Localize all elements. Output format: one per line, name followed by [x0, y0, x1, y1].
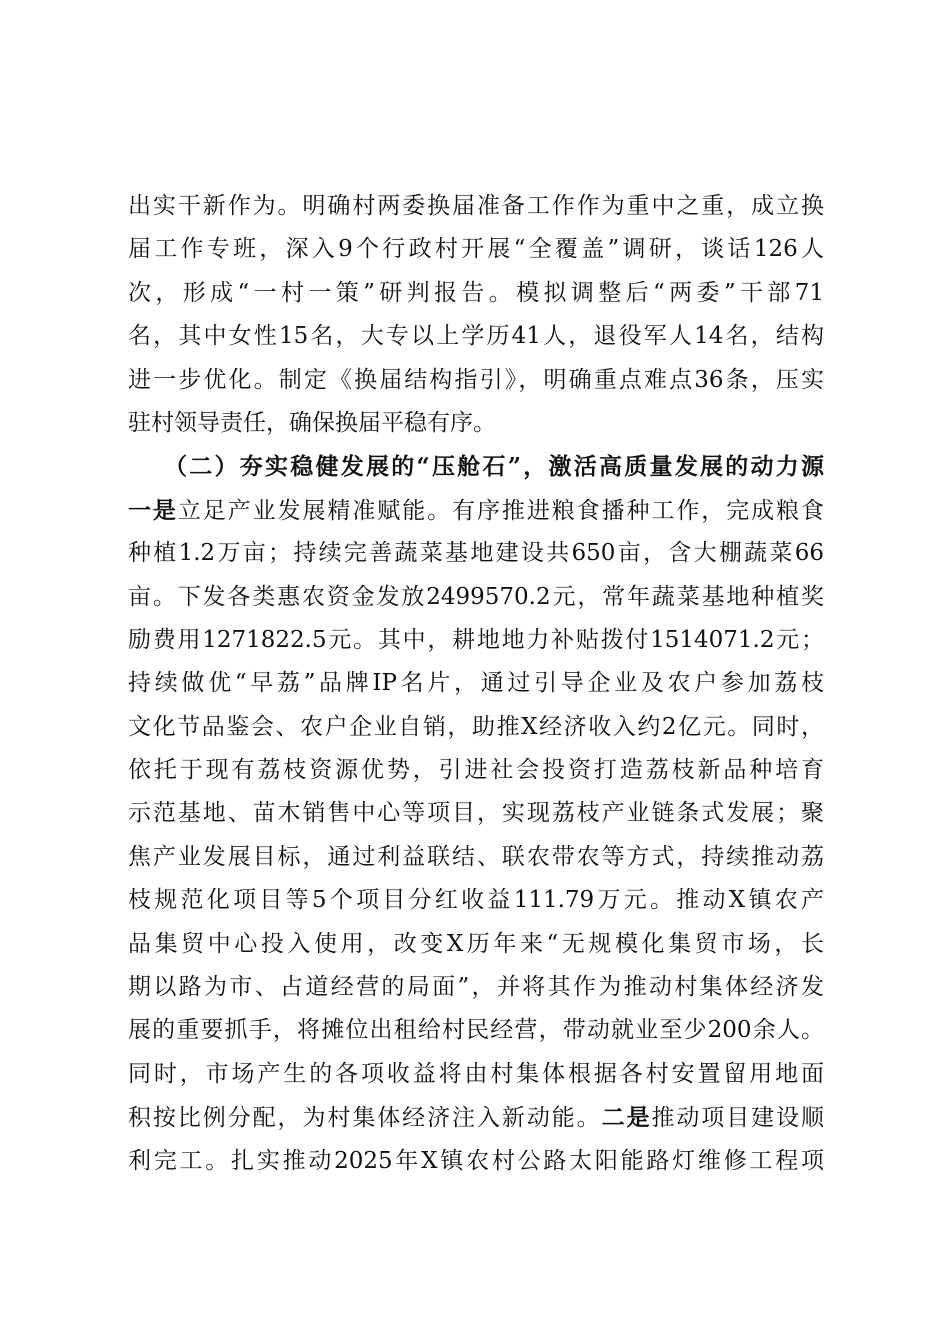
text: 进一步优化。制定《换届结构指引》，明确重点难点36条，压实	[128, 367, 824, 393]
paragraph-line: 励费用1271822.5元。其中，耕地地力补贴拨付1514071.2元；	[128, 619, 824, 662]
bold-text: 一是	[128, 497, 178, 524]
paragraph-line: 亩。下发各类惠农资金发放2499570.2元，常年蔬菜基地种植奖	[128, 576, 824, 619]
text: 次，形成“一村一策”研判报告。模拟调整后“两委”干部71	[128, 280, 824, 306]
paragraph-line: 驻村领导责任，确保换届平稳有序。	[128, 402, 824, 445]
paragraph-line: 届工作专班，深入9个行政村开展“全覆盖”调研，谈话126人	[128, 228, 824, 271]
paragraph-line: 依托于现有荔枝资源优势，引进社会投资打造荔枝新品种培育	[128, 749, 824, 792]
text: 依托于现有荔枝资源优势，引进社会投资打造荔枝新品种培育	[128, 757, 824, 783]
text: 驻村领导责任，确保换届平稳有序。	[128, 410, 496, 436]
text: 名，其中女性15名，大专以上学历41人，退役军人14名，结构	[128, 323, 824, 349]
text: 品集贸中心投入使用，改变X历年来“无规模化集贸市场，长	[128, 931, 824, 957]
text: 届工作专班，深入9个行政村开展“全覆盖”调研，谈话126人	[128, 236, 824, 262]
paragraph-line: 次，形成“一村一策”研判报告。模拟调整后“两委”干部71	[128, 272, 824, 315]
paragraph-line: 进一步优化。制定《换届结构指引》，明确重点难点36条，压实	[128, 359, 824, 402]
text: 期以路为市、占道经营的局面”，并将其作为推动村集体经济发	[128, 974, 824, 1000]
text: 文化节品鉴会、农户企业自销，助推X经济收入约2亿元。同时，	[128, 714, 824, 740]
paragraph-line: 同时，市场产生的各项收益将由村集体根据各村安置留用地面	[128, 1053, 824, 1096]
paragraph-line: 积按比例分配，为村集体经济注入新动能。二是推动项目建设顺	[128, 1096, 824, 1139]
text: 立足产业发展精准赋能。有序推进粮食播种工作，完成粮食	[178, 498, 824, 524]
paragraph-line: 示范基地、苗木销售中心等项目，实现荔枝产业链条式发展；聚	[128, 792, 824, 835]
text: 励费用1271822.5元。其中，耕地地力补贴拨付1514071.2元；	[128, 627, 824, 653]
paragraph-line: 文化节品鉴会、农户企业自销，助推X经济收入约2亿元。同时，	[128, 706, 824, 749]
document-body: 出实干新作为。明确村两委换届准备工作作为重中之重，成立换届工作专班，深入9个行政…	[128, 185, 824, 1183]
section-heading: （二）夯实稳健发展的“压舱石”，激活高质量发展的动力源	[128, 445, 824, 488]
document-page: 出实干新作为。明确村两委换届准备工作作为重中之重，成立换届工作专班，深入9个行政…	[0, 0, 950, 1344]
text: 示范基地、苗木销售中心等项目，实现荔枝产业链条式发展；聚	[128, 800, 824, 826]
text: 出实干新作为。明确村两委换届准备工作作为重中之重，成立换	[128, 193, 824, 219]
text: 积按比例分配，为村集体经济注入新动能。	[128, 1105, 602, 1131]
paragraph-line: 期以路为市、占道经营的局面”，并将其作为推动村集体经济发	[128, 966, 824, 1009]
paragraph-line: 利完工。扎实推动2025年X镇农村公路太阳能路灯维修工程项	[128, 1140, 824, 1183]
text: 展的重要抓手，将摊位出租给村民经营，带动就业至少200余人。	[128, 1017, 824, 1043]
text: 同时，市场产生的各项收益将由村集体根据各村安置留用地面	[128, 1061, 824, 1087]
paragraph-line: 持续做优“早荔”品牌IP名片，通过引导企业及农户参加荔枝	[128, 662, 824, 705]
bold-text: （二）夯实稳健发展的“压舱石”，激活高质量发展的动力源	[164, 453, 824, 480]
paragraph-line: 展的重要抓手，将摊位出租给村民经营，带动就业至少200余人。	[128, 1009, 824, 1052]
paragraph-line: 种植1.2万亩；持续完善蔬菜基地建设共650亩，含大棚蔬菜66	[128, 532, 824, 575]
paragraph-line: 品集贸中心投入使用，改变X历年来“无规模化集贸市场，长	[128, 923, 824, 966]
text: 焦产业发展目标，通过利益联结、联农带农等方式，持续推动荔	[128, 844, 824, 870]
text: 利完工。扎实推动2025年X镇农村公路太阳能路灯维修工程项	[128, 1148, 824, 1174]
text: 亩。下发各类惠农资金发放2499570.2元，常年蔬菜基地种植奖	[128, 584, 824, 610]
paragraph-line: 枝规范化项目等5个项目分红收益111.79万元。推动X镇农产	[128, 879, 824, 922]
paragraph-line: 名，其中女性15名，大专以上学历41人，退役军人14名，结构	[128, 315, 824, 358]
bold-text: 二是	[602, 1104, 652, 1131]
text: 种植1.2万亩；持续完善蔬菜基地建设共650亩，含大棚蔬菜66	[128, 540, 824, 566]
paragraph-line: 焦产业发展目标，通过利益联结、联农带农等方式，持续推动荔	[128, 836, 824, 879]
text: 推动项目建设顺	[651, 1105, 824, 1131]
text: 枝规范化项目等5个项目分红收益111.79万元。推动X镇农产	[128, 887, 824, 913]
text: 持续做优“早荔”品牌IP名片，通过引导企业及农户参加荔枝	[128, 670, 824, 696]
paragraph-line: 出实干新作为。明确村两委换届准备工作作为重中之重，成立换	[128, 185, 824, 228]
paragraph-line: 一是立足产业发展精准赋能。有序推进粮食播种工作，完成粮食	[128, 489, 824, 532]
